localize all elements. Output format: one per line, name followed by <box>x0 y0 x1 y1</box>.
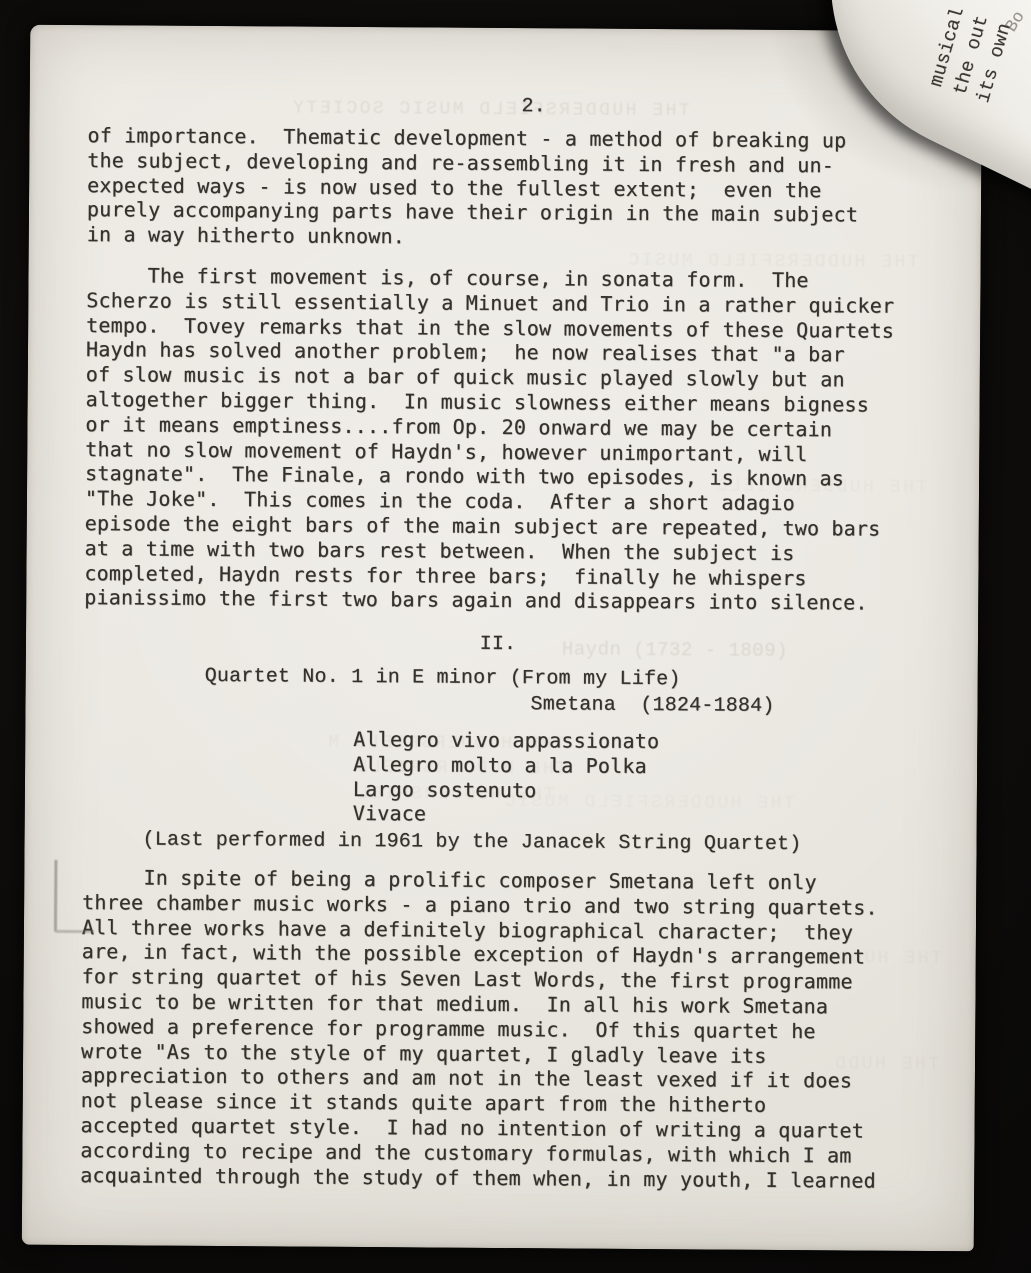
programme-page: THE HUDDERSFIELD MUSIC SOCIETY Haydn (17… <box>22 25 982 1252</box>
composer-line: Smetana (1824-1884) <box>530 693 774 720</box>
paragraph-thematic-development: of importance. Thematic development - a … <box>87 123 859 252</box>
page-number: 2. <box>58 92 1010 123</box>
movement-list: Allegro vivo appassionato Allegro molto … <box>353 727 660 828</box>
last-performed-note: (Last performed in 1961 by the Janacek S… <box>142 828 801 857</box>
photo-background: THE HUDDERSFIELD MUSIC SOCIETY Haydn (17… <box>0 0 1031 1273</box>
margin-pencil-mark <box>54 860 95 933</box>
overlay-text-fragment: Bo <box>1002 8 1029 36</box>
paragraph-smetana-introduction: In spite of being a prolific composer Sm… <box>80 865 878 1193</box>
section-heading: II. <box>22 630 974 661</box>
work-title: Quartet No. 1 in E minor (From my Life) <box>205 665 681 693</box>
paragraph-haydn-movements: The first movement is, of course, in son… <box>84 263 894 616</box>
